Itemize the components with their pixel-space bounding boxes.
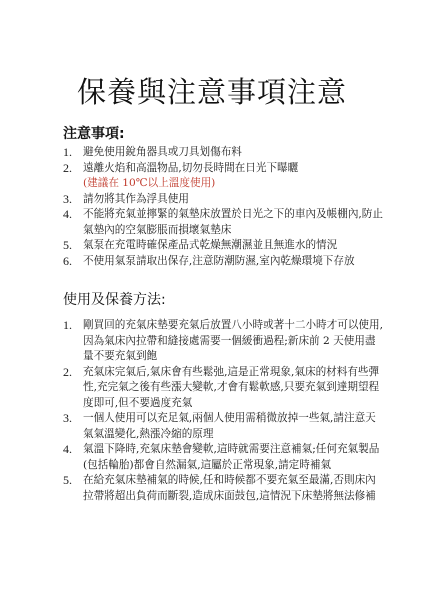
usage-item: 1.剛買回的充氣床墊要充氣后放置八小時或著十二小時才可以使用,因為氣床內拉帶和縫… <box>63 318 383 365</box>
temperature-note: (建議在 10℃以上溫度使用) <box>83 176 383 192</box>
item-text: 充氣床完氣后,氣床會有些鬆弛,這是正常現象,氣床的材料有些彈性,充完氣之後有些漲… <box>83 366 379 409</box>
item-text: 在給充氣床墊補氣的時候,任和時候都不要充氣至最滿,否則床內拉帶將超出負荷而斷裂,… <box>83 474 376 502</box>
notice-heading: 注意事項: <box>63 123 125 143</box>
notice-list: 1.避免使用銳角器具或刀具划傷布料 2.遠離火焰和高溫物品,切勿長時間在日光下曝… <box>63 145 383 269</box>
usage-item: 3.一個人使用可以充足氣,兩個人使用需稍微放掉一些氣,請注意天氣氣溫變化,熱漲冷… <box>63 411 383 442</box>
item-number: 4. <box>63 442 72 458</box>
usage-list: 1.剛買回的充氣床墊要充氣后放置八小時或著十二小時才可以使用,因為氣床內拉帶和縫… <box>63 318 383 504</box>
item-text: 剛買回的充氣床墊要充氣后放置八小時或著十二小時才可以使用,因為氣床內拉帶和縫接處… <box>83 319 383 362</box>
item-number: 3. <box>63 411 72 427</box>
item-text: 不能將充氣並擰緊的氣墊床放置於日光之下的車內及帳棚內,防止氣墊內的空氣膨脹而損壞… <box>83 208 383 236</box>
notice-item: 4.不能將充氣並擰緊的氣墊床放置於日光之下的車內及帳棚內,防止氣墊內的空氣膨脹而… <box>63 207 383 238</box>
page-title: 保養與注意事項注意 <box>0 70 424 111</box>
item-text: 不使用氣泵請取出保存,注意防潮防濕,室內乾燥環境下存放 <box>83 255 355 267</box>
usage-heading: 使用及保養方法: <box>63 289 166 309</box>
notice-item: 2.遠離火焰和高溫物品,切勿長時間在日光下曝曬(建議在 10℃以上溫度使用) <box>63 161 383 192</box>
usage-item: 2.充氣床完氣后,氣床會有些鬆弛,這是正常現象,氣床的材料有些彈性,充完氣之後有… <box>63 365 383 412</box>
usage-item: 5.在給充氣床墊補氣的時候,任和時候都不要充氣至最滿,否則床內拉帶將超出負荷而斷… <box>63 473 383 504</box>
item-number: 1. <box>63 318 72 334</box>
item-number: 2. <box>63 161 72 177</box>
notice-item: 3.請勿將其作為浮具使用 <box>63 192 383 208</box>
usage-item: 4.氣溫下降時,充氣床墊會變軟,這時就需要注意補氣;任何充氣製品(包括輪胎)都會… <box>63 442 383 473</box>
item-number: 6. <box>63 254 72 270</box>
notice-item: 5.氣泵在充電時確保產品式乾燥無潮濕並且無進水的情況 <box>63 238 383 254</box>
item-text: 氣溫下降時,充氣床墊會變軟,這時就需要注意補氣;任何充氣製品(包括輪胎)都會自然… <box>83 443 379 471</box>
item-number: 5. <box>63 473 72 489</box>
item-number: 3. <box>63 192 72 208</box>
notice-item: 6.不使用氣泵請取出保存,注意防潮防濕,室內乾燥環境下存放 <box>63 254 383 270</box>
notice-item: 1.避免使用銳角器具或刀具划傷布料 <box>63 145 383 161</box>
item-text: 避免使用銳角器具或刀具划傷布料 <box>83 146 242 158</box>
item-number: 4. <box>63 207 72 223</box>
item-text: 一個人使用可以充足氣,兩個人使用需稍微放掉一些氣,請注意天氣氣溫變化,熱漲冷縮的… <box>83 412 376 440</box>
item-number: 2. <box>63 365 72 381</box>
item-text: 氣泵在充電時確保產品式乾燥無潮濕並且無進水的情況 <box>83 239 337 251</box>
item-number: 1. <box>63 145 72 161</box>
item-text: 請勿將其作為浮具使用 <box>83 193 189 205</box>
item-number: 5. <box>63 238 72 254</box>
item-text: 遠離火焰和高溫物品,切勿長時間在日光下曝曬 <box>83 162 298 174</box>
